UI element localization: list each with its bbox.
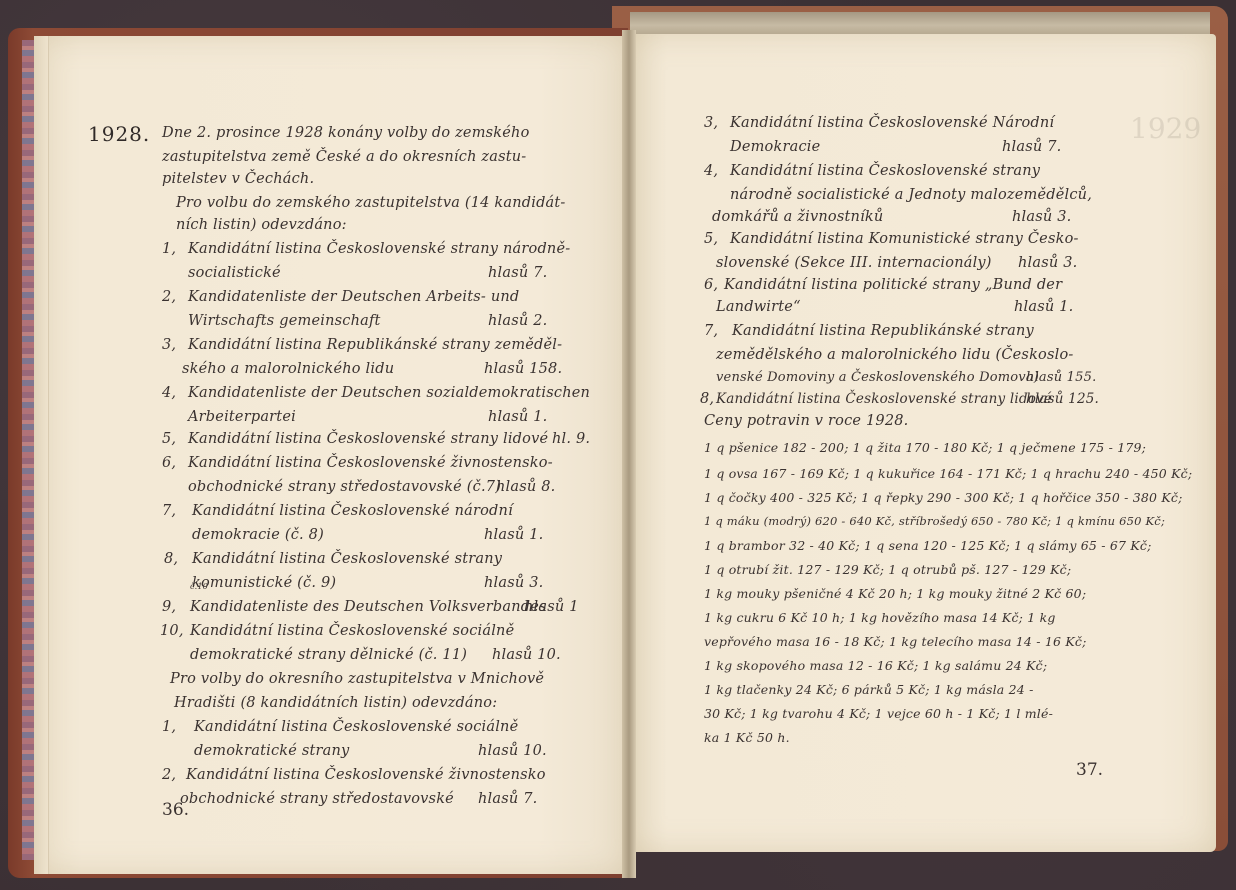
- year-margin: 1928.: [88, 122, 150, 146]
- vote-count: hlasů 158.: [484, 358, 562, 381]
- item-line: národně socialistické a Jednoty malozemě…: [730, 184, 1092, 207]
- item-line: demokracie (č. 8): [192, 524, 324, 547]
- vote-count: hlasů 125.: [1026, 388, 1099, 411]
- item-number: 5,: [704, 228, 718, 251]
- item-line: Kandidátní listina Republikánské strany …: [188, 334, 562, 357]
- vote-count: hlasů 2.: [488, 310, 547, 333]
- vote-count: hlasů 7.: [478, 788, 537, 811]
- item-number: 9,: [162, 596, 176, 619]
- item-line: Kandidatenliste der Deutschen sozialdemo…: [188, 382, 590, 405]
- item-line: demokratické strany: [194, 740, 349, 763]
- price-line: 1 q pšenice 182 - 200; 1 q žita 170 - 18…: [704, 436, 1146, 459]
- price-line: vepřového masa 16 - 18 Kč; 1 kg telecího…: [704, 630, 1087, 653]
- item-line: komunistické (č. 9): [192, 572, 336, 595]
- book-gutter: [622, 30, 636, 878]
- item-number: 1,: [162, 716, 176, 739]
- intro-line: ních listin) odevzdáno:: [176, 214, 347, 237]
- list-number-note: č.10: [190, 582, 208, 592]
- item-line: Kandidátní listina Československé strany: [730, 160, 1040, 183]
- vote-count: hlasů 1.: [488, 406, 547, 429]
- page-number-left: 36.: [162, 800, 189, 820]
- price-line: 1 q máku (modrý) 620 - 640 Kč, stříbroše…: [704, 510, 1165, 533]
- vote-count: hlasů 1.: [484, 524, 543, 547]
- page-stack-edge: [630, 12, 1210, 34]
- vote-count: hlasů 7.: [1002, 136, 1061, 159]
- item-line: Kandidátní listina Československé sociál…: [194, 716, 518, 739]
- item-line: Kandidátní listina Republikánské strany: [732, 320, 1034, 343]
- marbled-edge: [22, 40, 34, 860]
- intro-line: Dne 2. prosince 1928 konány volby do zem…: [162, 122, 530, 145]
- item-number: 3,: [704, 112, 718, 135]
- item-number: 8,: [700, 388, 714, 411]
- vote-count: hl. 9.: [552, 428, 590, 451]
- vote-count: hlasů 155.: [1026, 366, 1096, 389]
- item-line: slovenské (Sekce III. internacionály): [716, 252, 992, 275]
- item-number: 2,: [162, 286, 176, 309]
- item-line: ského a malorolnického lidu: [182, 358, 394, 381]
- item-line: Kandidatenliste des Deutschen Volksverba…: [190, 596, 547, 619]
- item-line: Kandidátní listina Československé strany…: [188, 238, 570, 261]
- item-line: zemědělského a malorolnického lidu (Česk…: [716, 344, 1074, 367]
- item-line: Kandidátní listina Komunistické strany Č…: [730, 228, 1079, 251]
- item-number: 2,: [162, 764, 176, 787]
- item-line: Arbeiterpartei: [188, 406, 296, 429]
- vote-count: hlasů 3.: [1018, 252, 1077, 275]
- price-line: 1 kg tlačenky 24 Kč; 6 párků 5 Kč; 1 kg …: [704, 678, 1034, 701]
- vote-count: hlasů 1.: [1014, 296, 1073, 319]
- item-number: 3,: [162, 334, 176, 357]
- item-line: Kandidátní listina Československé sociál…: [190, 620, 514, 643]
- vote-count: hlasů 8.: [496, 476, 555, 499]
- vote-count: hlasů 7.: [488, 262, 547, 285]
- item-number: 6,: [162, 452, 176, 475]
- item-number: 7,: [704, 320, 718, 343]
- item-line: Kandidátní listina Československé Národn…: [730, 112, 1054, 135]
- price-line: ka 1 Kč 50 h.: [704, 726, 790, 749]
- okresni-intro-line: Hradišti (8 kandidátních listin) odevzdá…: [174, 692, 497, 715]
- bleed-through-text: 1929: [1130, 112, 1201, 145]
- item-number: 7,: [162, 500, 176, 523]
- vote-count: hlasů 3.: [1012, 206, 1071, 229]
- vote-count: hlasů 10.: [478, 740, 547, 763]
- vote-count: hlasů 3.: [484, 572, 543, 595]
- price-line: 30 Kč; 1 kg tvarohu 4 Kč; 1 vejce 60 h -…: [704, 702, 1053, 725]
- item-line: Kandidátní listina Československé národn…: [192, 500, 513, 523]
- intro-line: pitelstev v Čechách.: [162, 168, 314, 191]
- item-number: 8,: [164, 548, 178, 571]
- item-number: 10,: [160, 620, 184, 643]
- item-number: 6,: [704, 274, 718, 297]
- item-line: Kandidátní listina Československé živnos…: [186, 764, 546, 787]
- item-line: Kandidátní listina Československé živnos…: [188, 452, 553, 475]
- item-line: venské Domoviny a Československého Domov…: [716, 366, 1039, 389]
- item-line: domkářů a živnostníků: [712, 206, 883, 229]
- item-line: Kandidátní listina Československé strany…: [188, 428, 548, 451]
- item-line: Demokracie: [730, 136, 820, 159]
- item-line: demokratické strany dělnické (č. 11): [190, 644, 467, 667]
- intro-line: Pro volbu do zemského zastupitelstva (14…: [176, 192, 566, 215]
- item-line: Kandidátní listina Československé strany: [192, 548, 502, 571]
- item-line: Kandidátní listina politické strany „Bun…: [724, 274, 1062, 297]
- prices-heading: Ceny potravin v roce 1928.: [704, 410, 909, 433]
- left-page-edge: [34, 36, 49, 874]
- item-number: 5,: [162, 428, 176, 451]
- item-line: obchodnické strany středostavovské: [180, 788, 454, 811]
- price-line: 1 kg mouky pšeničné 4 Kč 20 h; 1 kg mouk…: [704, 582, 1086, 605]
- item-line: obchodnické strany středostavovské (č.7): [188, 476, 501, 499]
- page-number-right: 37.: [1076, 760, 1103, 780]
- price-line: 1 q brambor 32 - 40 Kč; 1 q sena 120 - 1…: [704, 534, 1151, 557]
- price-line: 1 q ovsa 167 - 169 Kč; 1 q kukuřice 164 …: [704, 462, 1192, 485]
- item-line: Kandidatenliste der Deutschen Arbeits- u…: [188, 286, 519, 309]
- item-number: 1,: [162, 238, 176, 261]
- price-line: 1 kg cukru 6 Kč 10 h; 1 kg hovězího masa…: [704, 606, 1056, 629]
- item-line: socialistické: [188, 262, 281, 285]
- price-line: 1 q otrubí žit. 127 - 129 Kč; 1 q otrubů…: [704, 558, 1071, 581]
- intro-line: zastupitelstva země České a do okresních…: [162, 146, 526, 169]
- vote-count: hlasů 10.: [492, 644, 561, 667]
- item-line: Landwirte“: [716, 296, 801, 319]
- okresni-intro-line: Pro volby do okresního zastupitelstva v …: [170, 668, 544, 691]
- item-line: Wirtschafts gemeinschaft: [188, 310, 381, 333]
- price-line: 1 q čočky 400 - 325 Kč; 1 q řepky 290 - …: [704, 486, 1183, 509]
- item-number: 4,: [162, 382, 176, 405]
- vote-count: hlasů 1: [524, 596, 579, 619]
- item-number: 4,: [704, 160, 718, 183]
- item-line: Kandidátní listina Československé strany…: [716, 388, 1052, 411]
- price-line: 1 kg skopového masa 12 - 16 Kč; 1 kg sal…: [704, 654, 1047, 677]
